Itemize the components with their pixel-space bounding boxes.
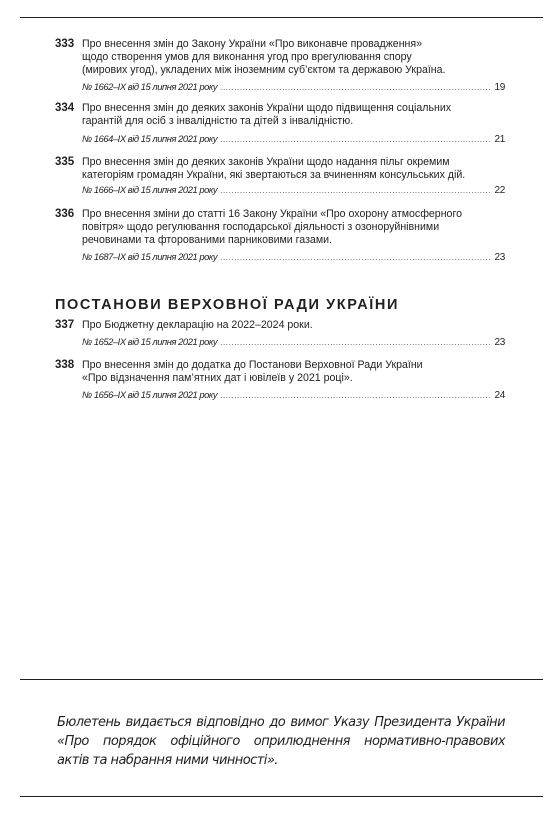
title-line: Про внесення змін до деяких законів Укра… [82,102,502,115]
law-number: № 1652–IX від 15 липня 2021 року [82,336,217,347]
entry-title: Про внесення змін до деяких законів Укра… [82,156,502,182]
title-line: Про внесення змін до Закону України «Про… [82,38,502,51]
entry-title: Про Бюджетну декларацію на 2022–2024 рок… [82,319,502,332]
entry-number: 335 [55,156,74,169]
dot-leader [220,337,491,348]
entry-reference: № 1652–IX від 15 липня 2021 року 23 [82,336,505,348]
dot-leader [220,134,491,145]
title-line: речовинами та фторованими парниковими га… [82,234,502,247]
dot-leader [220,185,491,196]
entry-reference: № 1664–IX від 15 липня 2021 року 21 [82,133,505,145]
entry-number: 333 [55,38,74,51]
page-number[interactable]: 19 [494,82,505,93]
page-number[interactable]: 23 [494,337,505,348]
title-line: «Про відзначення пам’ятних дат і ювілеїв… [82,372,502,385]
entry-title: Про внесення змін до Закону України «Про… [82,38,502,78]
entry-title: Про внесення змін до деяких законів Укра… [82,102,502,128]
entry-reference: № 1666–IX від 15 липня 2021 року 22 [82,184,505,196]
entry-number: 337 [55,319,74,332]
title-line: Про внесення змін до деяких законів Укра… [82,156,502,169]
title-line: гарантій для осіб з інвалідністю та діте… [82,115,502,128]
entry-title: Про внесення змін до додатка до Постанов… [82,359,502,385]
entry-reference: № 1687–IX від 15 липня 2021 року 23 [82,251,505,263]
entry-reference: № 1656–IX від 15 липня 2021 року 24 [82,389,505,401]
title-line: щодо створення умов для виконання угод п… [82,51,502,64]
title-line: Про внесення зміни до статті 16 Закону У… [82,208,502,221]
page-number[interactable]: 21 [494,134,505,145]
entry-title: Про внесення зміни до статті 16 Закону У… [82,208,502,248]
dot-leader [220,82,491,93]
notice-line: «Про порядок офіційного оприлюднення нор… [57,732,505,751]
title-line: (мирових угод), укладених між іноземним … [82,64,502,77]
law-number: № 1666–IX від 15 липня 2021 року [82,184,217,195]
title-line: категоріям громадян України, які звертаю… [82,169,502,182]
notice-top-divider [20,679,543,680]
page-number[interactable]: 22 [494,185,505,196]
entry-number: 334 [55,102,74,115]
notice-line: Бюлетень видається відповідно до вимог У… [57,713,505,732]
dot-leader [220,252,491,263]
page-number[interactable]: 24 [494,390,505,401]
title-line: Про Бюджетну декларацію на 2022–2024 рок… [82,319,502,332]
notice-bottom-divider [20,796,543,797]
title-line: повітря» щодо регулювання господарської … [82,221,502,234]
entry-number: 336 [55,208,74,221]
dot-leader [220,390,491,401]
title-line: Про внесення змін до додатка до Постанов… [82,359,502,372]
notice-line: актів та набрання ними чинності». [57,751,505,770]
law-number: № 1662–IX від 15 липня 2021 року [82,81,217,92]
top-divider [20,17,543,18]
law-number: № 1656–IX від 15 липня 2021 року [82,389,217,400]
law-number: № 1664–IX від 15 липня 2021 року [82,133,217,144]
entry-reference: № 1662–IX від 15 липня 2021 року 19 [82,81,505,93]
law-number: № 1687–IX від 15 липня 2021 року [82,251,217,262]
publication-notice: Бюлетень видається відповідно до вимог У… [57,713,505,770]
section-heading: ПОСТАНОВИ ВЕРХОВНОЇ РАДИ УКРАЇНИ [55,297,399,314]
entry-number: 338 [55,359,74,372]
page-number[interactable]: 23 [494,252,505,263]
